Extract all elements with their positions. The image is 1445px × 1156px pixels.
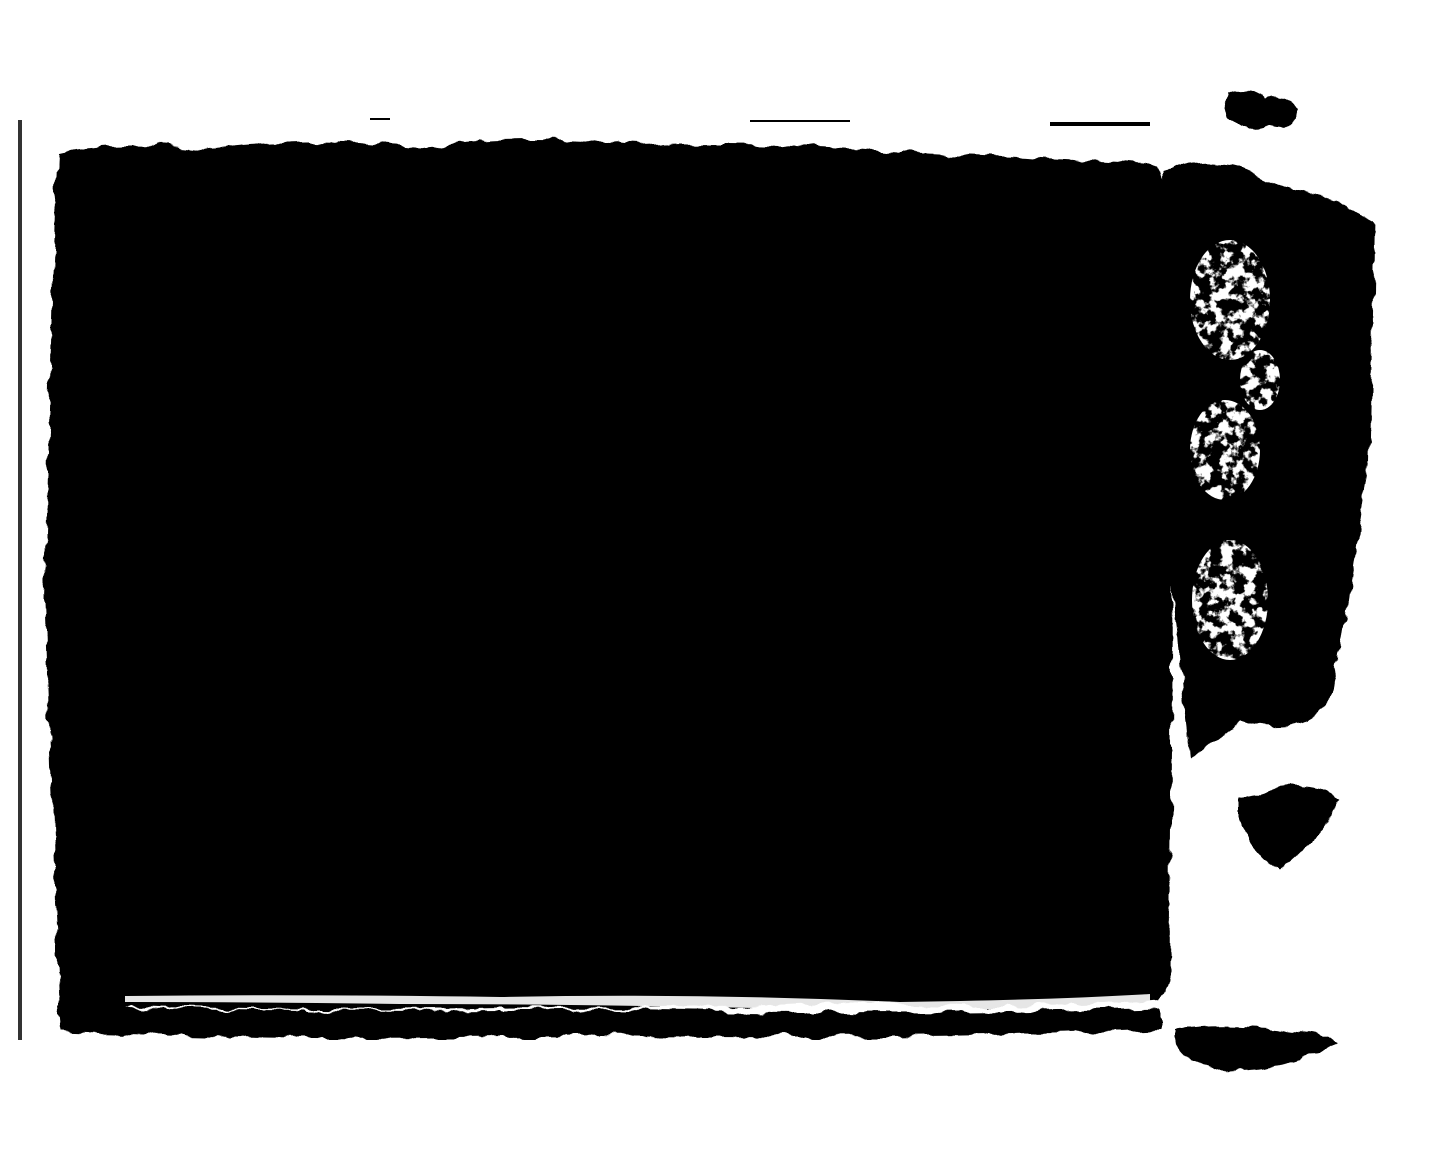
grunge-frame bbox=[0, 0, 1445, 1156]
main-ink-block bbox=[45, 139, 1175, 1030]
